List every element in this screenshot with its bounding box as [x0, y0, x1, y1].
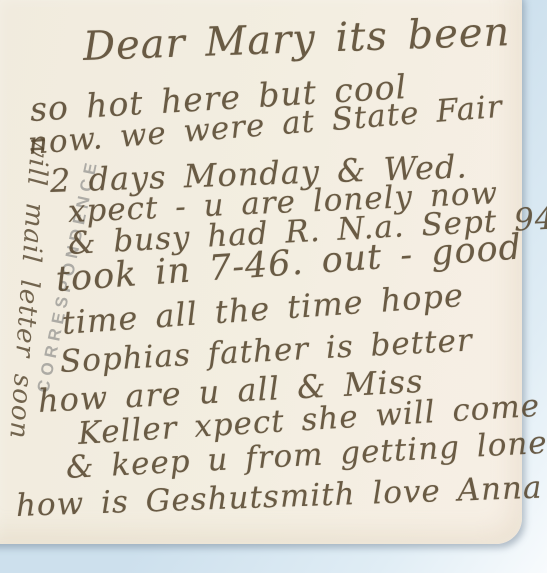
postcard-paper: CORRESPONDENCE will mail letter soon Dea…: [0, 0, 522, 544]
handwriting-line-1: Dear Mary its been: [82, 9, 511, 70]
scanned-postcard-back: CORRESPONDENCE will mail letter soon Dea…: [0, 0, 547, 573]
